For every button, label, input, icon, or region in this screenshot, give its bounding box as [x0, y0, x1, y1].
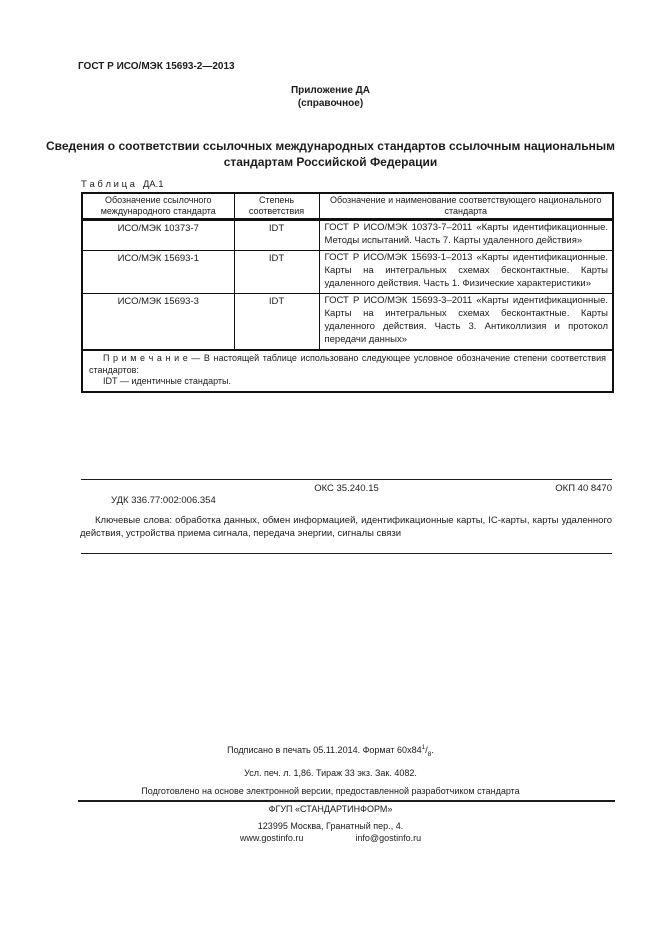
table-note-cell: П р и м е ч а н и е — В настоящей таблиц…	[82, 350, 613, 392]
annex-heading: Приложение ДА (справочное)	[0, 84, 661, 110]
column-header-reference-standard: Обозначение ссылочного международного ст…	[82, 193, 234, 220]
annex-title: Приложение ДА	[0, 84, 661, 97]
doc-code: ГОСТ Р ИСО/МЭК 15693-2—2013	[78, 61, 235, 72]
annex-subtitle: (справочное)	[0, 97, 661, 110]
cell-degree: IDT	[234, 251, 319, 294]
table-label: Т а б л и ц а ДА.1	[81, 179, 164, 190]
horizontal-divider	[81, 479, 612, 480]
website-url: www.gostinfo.ru	[240, 833, 304, 843]
print-run-line: Усл. печ. л. 1,86. Тираж 33 экз. Зак. 40…	[0, 768, 661, 778]
table-header-row: Обозначение ссылочного международного ст…	[82, 193, 613, 220]
classification-codes-line: ОКС 35.240.15 ОКП 40 8470	[81, 483, 612, 495]
print-date-text: Подписано в печать 05.11.2014. Формат 60…	[227, 745, 421, 755]
publisher-contacts: www.gostinfo.ru info@gostinfo.ru	[0, 833, 661, 843]
table-row: ИСО/МЭК 10373-7 IDT ГОСТ Р ИСО/МЭК 10373…	[82, 220, 613, 251]
keywords-paragraph: Ключевые слова: обработка данных, обмен …	[80, 514, 612, 540]
oks-code: ОКС 35.240.15	[81, 483, 612, 494]
page-title: Сведения о соответствии ссылочных междун…	[45, 139, 616, 170]
cell-reference-standard: ИСО/МЭК 15693-1	[82, 251, 234, 294]
cell-reference-standard: ИСО/МЭК 15693-3	[82, 294, 234, 351]
prepared-by-line: Подготовлено на основе электронной верси…	[0, 786, 661, 796]
table-note-text: П р и м е ч а н и е — В настоящей таблиц…	[89, 353, 606, 376]
cell-national-standard: ГОСТ Р ИСО/МЭК 10373-7–2011 «Карты идент…	[319, 220, 613, 251]
standards-correspondence-table: Обозначение ссылочного международного ст…	[81, 192, 614, 393]
document-page: ГОСТ Р ИСО/МЭК 15693-2—2013 Приложение Д…	[0, 0, 661, 936]
horizontal-divider	[78, 800, 615, 802]
cell-degree: IDT	[234, 294, 319, 351]
cell-degree: IDT	[234, 220, 319, 251]
table-note-idt: IDT — идентичные стандарты.	[89, 376, 606, 388]
horizontal-divider	[81, 553, 612, 554]
table-row: ИСО/МЭК 15693-1 IDT ГОСТ Р ИСО/МЭК 15693…	[82, 251, 613, 294]
print-date-format-line: Подписано в печать 05.11.2014. Формат 60…	[0, 745, 661, 755]
publisher-name: ФГУП «СТАНДАРТИНФОРМ»	[0, 804, 661, 814]
table-note-row: П р и м е ч а н и е — В настоящей таблиц…	[82, 350, 613, 392]
cell-national-standard: ГОСТ Р ИСО/МЭК 15693-3–2011 «Карты идент…	[319, 294, 613, 351]
email-address: info@gostinfo.ru	[355, 833, 421, 843]
table-row: ИСО/МЭК 15693-3 IDT ГОСТ Р ИСО/МЭК 15693…	[82, 294, 613, 351]
okp-code: ОКП 40 8470	[555, 483, 612, 494]
publisher-address: 123995 Москва, Гранатный пер., 4.	[0, 821, 661, 831]
cell-national-standard: ГОСТ Р ИСО/МЭК 15693-1–2013 «Карты идент…	[319, 251, 613, 294]
column-header-degree: Степень соответствия	[234, 193, 319, 220]
print-date-period: .	[431, 745, 434, 755]
udk-code: УДК 336.77:002:006.354	[111, 495, 216, 506]
cell-reference-standard: ИСО/МЭК 10373-7	[82, 220, 234, 251]
column-header-national-standard: Обозначение и наименование соответствующ…	[319, 193, 613, 220]
